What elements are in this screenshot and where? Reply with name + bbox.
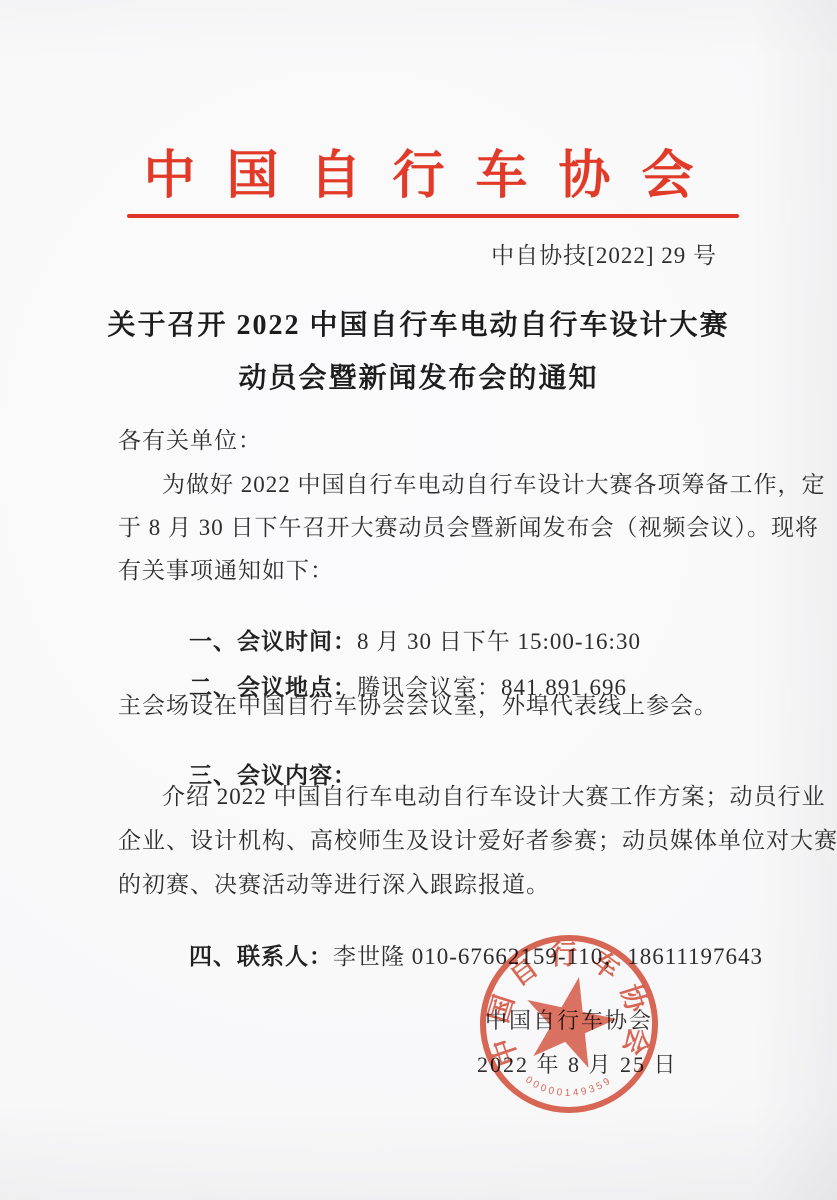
scanned-notice-page: 中国自行车协会 中自协技[2022] 29 号 关于召开 2022 中国自行车电… <box>0 0 837 1200</box>
letterhead-org-name: 中国自行车协会 <box>0 133 837 208</box>
paragraph2-line3: 的初赛、决赛活动等进行深入跟踪报道。 <box>118 866 550 899</box>
item-contact: 四、联系人：李世隆 010-67662159-110，18611197643 <box>162 912 763 997</box>
paragraph1-line3: 有关事项通知如下： <box>118 552 334 585</box>
paragraph1-line2: 于 8 月 30 日下午召开大赛动员会暨新闻发布会（视频会议）。现将 <box>118 509 819 542</box>
paragraph2-line2: 企业、设计机构、高校师生及设计爱好者参赛；动员媒体单位对大赛 <box>118 822 837 855</box>
notice-title-line2: 动员会暨新闻发布会的通知 <box>0 356 837 396</box>
seal-serial-number: 00000149359 <box>523 1075 614 1100</box>
seal-star-icon <box>527 977 616 1068</box>
letterhead-rule <box>127 214 739 218</box>
document-number: 中自协技[2022] 29 号 <box>491 237 717 270</box>
notice-title-line1: 关于召开 2022 中国自行车电动自行车设计大赛 <box>0 303 837 343</box>
venue-note: 主会场设在中国自行车协会会议室，外埠代表线上参会。 <box>118 687 718 720</box>
paragraph1-line1: 为做好 2022 中国自行车电动自行车设计大赛各项筹备工作，定 <box>162 466 826 499</box>
item-contact-label: 四、联系人： <box>189 943 333 969</box>
official-seal: 中国自行车协会 00000149359 <box>469 924 669 1124</box>
salutation: 各有关单位： <box>118 422 262 455</box>
paragraph2-line1: 介绍 2022 中国自行车电动自行车设计大赛工作方案；动员行业 <box>162 778 826 811</box>
svg-text:00000149359: 00000149359 <box>523 1075 614 1100</box>
